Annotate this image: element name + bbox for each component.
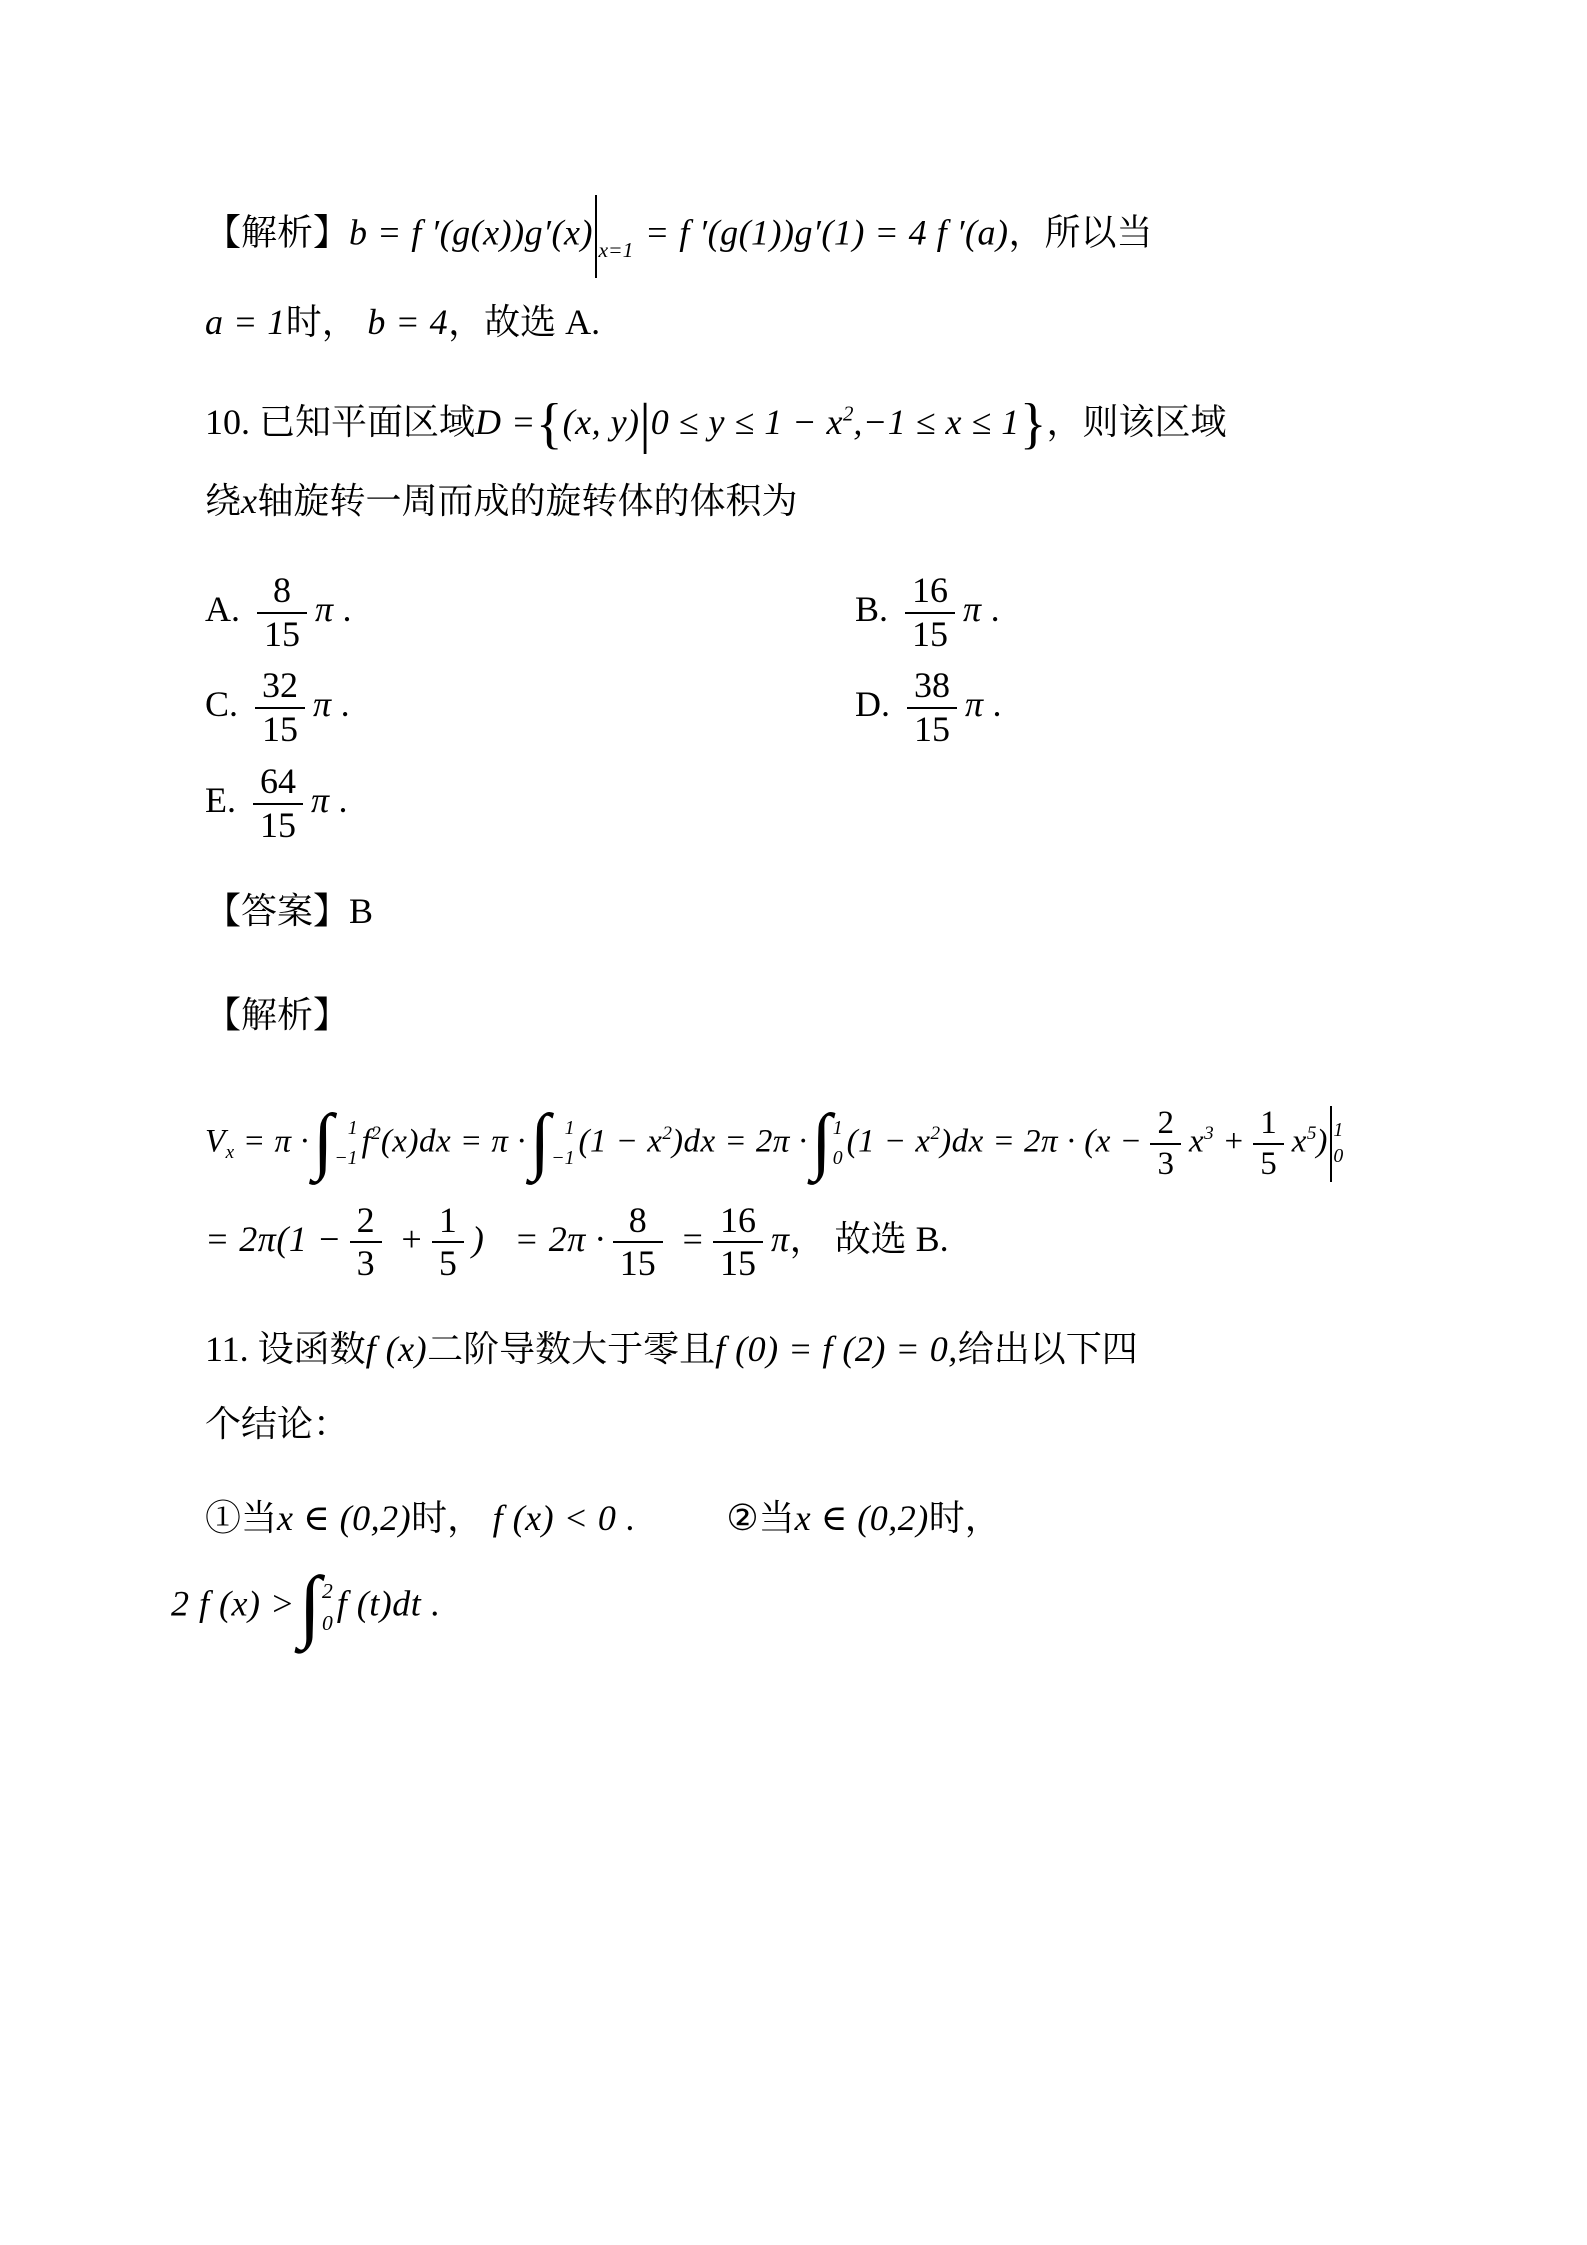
text-run: ①当 [205,1498,277,1538]
integral: ∫1−1 [530,1108,575,1179]
math-run: π [771,1219,790,1259]
text-run: . [330,780,348,820]
fraction-numerator: 8 [257,572,307,614]
option-b: B. 1615π . [855,572,1447,654]
vertical-bar [595,195,598,278]
fraction-denominator: 15 [907,709,957,749]
question-11-conclusions-line-2: 2 f (x) >∫20f (t)dt . [171,1569,1447,1646]
integral-icon: ∫ [299,1567,321,1644]
fraction-denominator: 5 [432,1243,464,1283]
upper-limit: 1 [348,1119,358,1139]
fraction-denominator: 15 [905,614,955,654]
fraction-numerator: 2 [1150,1106,1181,1145]
text-run: 11. 设函数 [205,1329,366,1369]
fraction-numerator: 64 [253,763,303,805]
text-run: 时， [286,302,358,342]
text-run: ，则该区域 [1047,402,1227,442]
superscript: 2 [371,1123,381,1144]
math-run: π [965,684,984,724]
fraction: 815 [613,1202,663,1284]
question-10-analysis-label: 【解析】 [205,991,1447,1040]
math-run: 0 ≤ y ≤ 1 − x [651,402,843,442]
math-run: = 2π(1 − [205,1219,342,1259]
fraction-denominator: 5 [1253,1145,1284,1182]
question-11-conclusions-line-1: ①当x ∈ (0,2)时， f (x) < 0 .②当x ∈ (0,2)时， [205,1494,1447,1543]
math-run: x [1292,1123,1307,1159]
integral: ∫1−1 [313,1108,358,1179]
fraction-numerator: 2 [350,1202,382,1244]
text-run: 时， [929,1498,1001,1538]
fraction: 6415 [253,763,303,845]
text-run: 二阶导数大于零且 [427,1329,715,1369]
integral-limits: 1−1 [334,1119,357,1169]
fraction: 15 [432,1202,464,1284]
integral: ∫10 [811,1108,842,1179]
big-bracket: } [1020,399,1047,449]
bar-limits: 10 [1333,1121,1343,1167]
upper-limit: 2 [322,1581,333,1603]
fraction: 23 [1150,1106,1181,1181]
text-run: ，故选 A. [448,302,600,342]
evaluation-bar: 10 [1330,1106,1343,1182]
text-run: 轴旋转一周而成的旋转体的体积为 [258,481,798,521]
text-run: ，所以当 [1009,213,1153,253]
option-e: E. 6415π . [205,763,1447,845]
vertical-bar [1330,1106,1333,1182]
math-run: f (x) < 0 [483,1498,616,1538]
lower-limit: 0 [1333,1147,1343,1167]
fraction: 815 [257,572,307,654]
text-run: 绕 [205,481,241,521]
math-run: a = 1 [205,302,286,342]
fraction-numerator: 8 [613,1202,663,1244]
math-run: x ∈ (0,2) [277,1498,411,1538]
subscript: x [226,1142,235,1163]
fraction: 1615 [713,1202,763,1284]
math-run: ) [1316,1123,1328,1159]
integral-limits: 10 [833,1119,843,1169]
question-10-answer: 【答案】B [205,887,1447,936]
evaluation-bar: x=1 [595,195,633,278]
math-run: = f ′(g(1))g′(1) = 4 f ′(a) [635,213,1008,253]
math-run: f [362,1123,372,1159]
fraction-numerator: 1 [432,1202,464,1244]
upper-limit: 1 [833,1119,843,1139]
document-page: 【解析】b = f ′(g(x))g′(x)x=1 = f ′(g(1))g′(… [0,0,1587,2245]
upper-limit: 1 [565,1119,575,1139]
math-run: 2 f (x) > [171,1584,295,1624]
question-10-stem-line-2: 绕x轴旋转一周而成的旋转体的体积为 [205,477,1447,526]
math-run: (1 − x [847,1123,931,1159]
integral-limits: 20 [322,1581,333,1635]
upper-limit: 1 [1333,1121,1343,1141]
text-run: . [616,1498,634,1538]
option-a: A. 815π . [205,572,855,654]
fraction-numerator: 32 [255,667,305,709]
math-run: π [315,589,334,629]
text-run: 10. 已知平面区域 [205,402,475,442]
math-run: = π · [234,1123,309,1159]
math-run: D = [475,402,536,442]
text-run: . [334,589,352,629]
text-run: 【答案】B [205,891,373,931]
fraction-denominator: 15 [613,1243,663,1283]
superscript: 2 [843,402,853,426]
math-run: + [1214,1123,1246,1159]
math-run: x [1189,1123,1204,1159]
big-bracket: { [536,399,563,449]
superscript: 2 [662,1123,672,1144]
text-run: 时， [411,1498,483,1538]
math-run: = [671,1219,705,1259]
text-run: B. [855,589,897,629]
text-run: 【解析】 [205,213,349,253]
text-run: . [982,589,1000,629]
math-run: = 2π · [514,1219,604,1259]
fraction-denominator: 15 [255,709,305,749]
lower-limit: 0 [833,1149,843,1169]
math-run: x ∈ (0,2) [795,1498,929,1538]
fraction-numerator: 16 [713,1202,763,1244]
math-run: f (x) [366,1329,427,1369]
text-run: 给出以下四 [958,1329,1138,1369]
fraction: 3815 [907,667,957,749]
question-10-formula-line-2: = 2π(1 −23 +15)= 2π ·815 =1615π， 故选 B. [205,1202,1447,1284]
integral-limits: 1−1 [551,1119,574,1169]
superscript: 2 [931,1123,941,1144]
math-run: f (0) = f (2) = 0, [715,1329,958,1369]
text-run: ②当 [726,1498,794,1538]
question-10-formula-line-1: Vx = π ·∫1−1f2(x)dx = π ·∫1−1(1 − x2)dx … [205,1106,1447,1182]
question-10-options-row-2: C. 3215π . D. 3815π . [205,667,1447,749]
text-run: . [421,1584,439,1624]
fraction: 23 [350,1202,382,1284]
lower-limit: x=1 [598,240,633,262]
text-run: D. [855,684,899,724]
fraction: 15 [1253,1106,1284,1181]
text-run: . [984,684,1002,724]
fraction: 3215 [255,667,305,749]
math-run: π [313,684,332,724]
math-run: )dx = 2π · [672,1123,807,1159]
integral-icon: ∫ [313,1106,333,1177]
math-run: + [390,1219,424,1259]
lower-limit: −1 [551,1149,574,1169]
question-11-stem-line-1: 11. 设函数f (x)二阶导数大于零且f (0) = f (2) = 0,给出… [205,1325,1447,1374]
question-10-stem-line-1: 10. 已知平面区域D ={(x, y)|0 ≤ y ≤ 1 − x2,−1 ≤… [205,398,1447,451]
math-run: ) [472,1219,485,1259]
question-10-options-row-1: A. 815π . B. 1615π . [205,572,1447,654]
text-run: E. [205,780,245,820]
math-run: b = 4 [358,302,448,342]
option-c: C. 3215π . [205,667,855,749]
bar-limits: x=1 [598,212,633,262]
integral: ∫20 [299,1569,333,1646]
text-run: ， 故选 B. [790,1219,949,1259]
text-run: C. [205,684,247,724]
math-run: )dx = 2π · (x − [940,1123,1142,1159]
text-run: 【解析】 [205,995,349,1035]
integral-icon: ∫ [811,1106,831,1177]
fraction-numerator: 16 [905,572,955,614]
lower-limit: 0 [322,1613,333,1635]
fraction-numerator: 1 [1253,1106,1284,1145]
math-run: V [205,1123,226,1159]
math-run: b = f ′(g(x))g′(x) [349,213,593,253]
math-run: x [241,481,257,521]
math-run: f (t)dt [337,1584,421,1624]
solution-9-analysis-line-1: 【解析】b = f ′(g(x))g′(x)x=1 = f ′(g(1))g′(… [205,195,1447,278]
text-run: 个结论： [205,1404,349,1444]
text-run: A. [205,589,249,629]
question-11-stem-line-2: 个结论： [205,1400,1447,1449]
fraction: 1615 [905,572,955,654]
fraction-denominator: 15 [253,805,303,845]
math-run: π [963,589,982,629]
text-run: . [332,684,350,724]
math-run: π [311,780,330,820]
math-run: ,−1 ≤ x ≤ 1 [853,402,1019,442]
fraction-denominator: 15 [713,1243,763,1283]
math-run: (x)dx = π · [381,1123,526,1159]
math-run: (x, y) [563,402,640,442]
big-bracket: | [640,399,651,449]
superscript: 5 [1307,1123,1317,1144]
solution-9-analysis-line-2: a = 1时， b = 4，故选 A. [205,298,1447,347]
fraction-denominator: 15 [257,614,307,654]
fraction-denominator: 3 [1150,1145,1181,1182]
superscript: 3 [1204,1123,1214,1144]
lower-limit: −1 [334,1149,357,1169]
option-d: D. 3815π . [855,667,1447,749]
fraction-numerator: 38 [907,667,957,709]
integral-icon: ∫ [530,1106,550,1177]
fraction-denominator: 3 [350,1243,382,1283]
math-run: (1 − x [578,1123,662,1159]
